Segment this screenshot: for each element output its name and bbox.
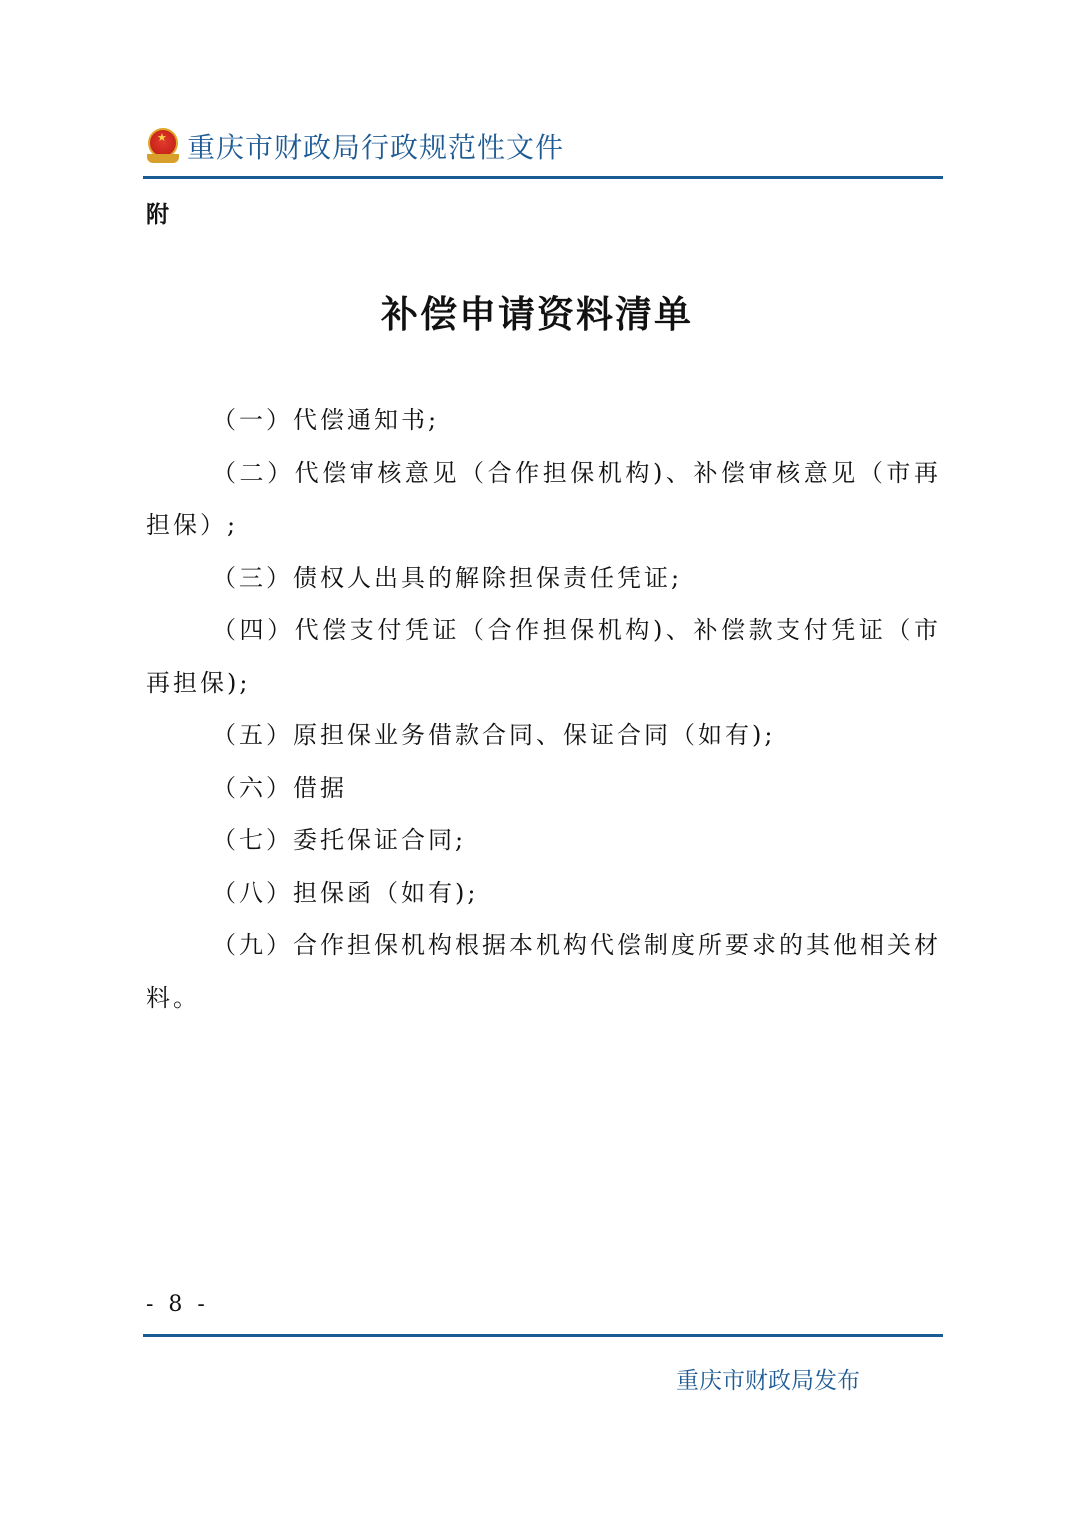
header-title: 重庆市财政局行政规范性文件: [187, 126, 564, 166]
list-item: （九）合作担保机构根据本机构代偿制度所要求的其他相关材料。: [146, 919, 941, 1024]
header-divider: [143, 176, 943, 179]
list-item: （七）委托保证合同;: [146, 814, 941, 867]
list-item: （二）代偿审核意见（合作担保机构)、补偿审核意见（市再担保）;: [146, 447, 941, 552]
list-item: （三）债权人出具的解除担保责任凭证;: [146, 552, 941, 605]
document-body: （一）代偿通知书; （二）代偿审核意见（合作担保机构)、补偿审核意见（市再担保）…: [146, 394, 941, 1024]
list-item: （八）担保函（如有);: [146, 867, 941, 920]
list-item: （六）借据: [146, 762, 941, 815]
national-emblem-icon: ★: [145, 127, 181, 165]
list-item: （四）代偿支付凭证（合作担保机构)、补偿款支付凭证（市再担保);: [146, 604, 941, 709]
footer-divider: [143, 1334, 943, 1337]
document-title: 补偿申请资料清单: [0, 284, 1074, 338]
page-number: - 8 -: [146, 1292, 209, 1317]
attachment-label: 附: [146, 196, 169, 229]
document-header: ★ 重庆市财政局行政规范性文件: [145, 124, 564, 168]
list-item: （五）原担保业务借款合同、保证合同（如有);: [146, 709, 941, 762]
list-item: （一）代偿通知书;: [146, 394, 941, 447]
publisher-label: 重庆市财政局发布: [676, 1362, 860, 1395]
